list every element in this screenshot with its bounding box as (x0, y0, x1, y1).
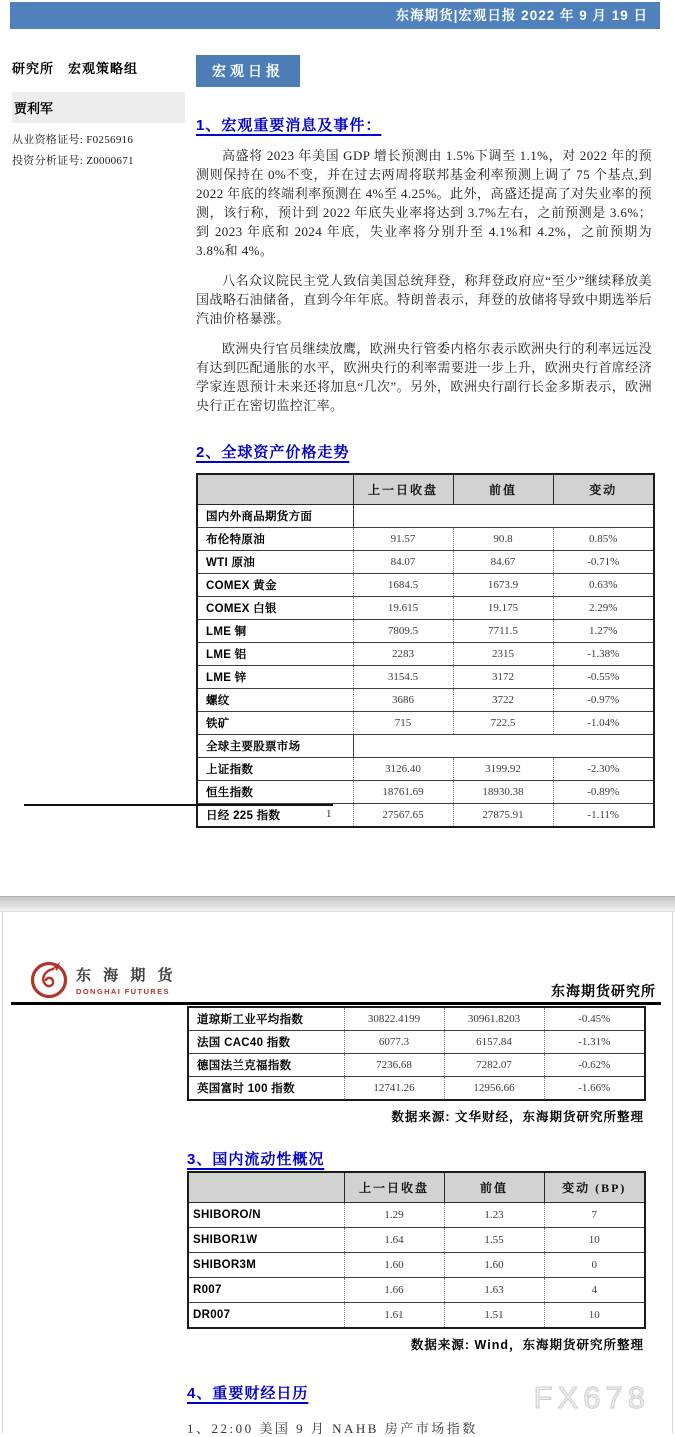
table-row: COMEX 白银19.61519.1752.29% (197, 597, 654, 620)
news-paragraph: 高盛将 2023 年美国 GDP 增长预测由 1.5%下调至 1.1%，对 20… (196, 146, 652, 260)
table-row: 全球主要股票市场 (197, 735, 654, 758)
table-row: R0071.661.634 (188, 1278, 645, 1303)
row-change: -0.97% (553, 689, 654, 712)
table-section-spacer (353, 505, 654, 528)
row-previous-value: 3172 (453, 666, 553, 689)
page-separator (0, 896, 675, 912)
row-last-close: 3686 (353, 689, 453, 712)
row-change: 0 (544, 1253, 645, 1278)
page-number: 1 (326, 808, 332, 820)
table-section-label: 全球主要股票市场 (197, 735, 353, 758)
column-header-last-close: 上一日收盘 (353, 474, 453, 505)
report-page-2: 东 海 期 货 DONGHAI FUTURES 东海期货研究所 道琼斯工业平均指… (2, 912, 673, 1433)
row-last-close: 12741.26 (344, 1077, 444, 1101)
column-header-previous: 前值 (453, 474, 553, 505)
section3-title: 3、国内流动性概况 (187, 1151, 324, 1168)
table-row: 恒生指数18761.6918930.38-0.89% (197, 781, 654, 804)
investment-cert-number: 投资分析证号: Z0000671 (12, 151, 185, 172)
analyst-certificates: 从业资格证号: F0256916 投资分析证号: Z0000671 (12, 130, 185, 173)
row-previous-value: 12956.66 (444, 1077, 544, 1101)
page2-main-column: 道琼斯工业平均指数30822.419930961.8203-0.45%法国 CA… (187, 1004, 645, 1433)
row-last-close: 30822.4199 (344, 1007, 444, 1031)
row-label: COMEX 白银 (197, 597, 353, 620)
report-type-badge: 宏观日报 (196, 55, 300, 87)
row-change: 1.27% (553, 620, 654, 643)
author-sidebar: 研究所 宏观策略组 贾利军 从业资格证号: F0256916 投资分析证号: Z… (12, 58, 185, 173)
row-last-close: 19.615 (353, 597, 453, 620)
row-label: SHIBOR3M (188, 1253, 344, 1278)
news-paragraph: 欧洲央行官员继续放鹰，欧洲央行管委内格尔表示欧洲央行的利率远远没有达到匹配通胀的… (196, 339, 652, 415)
research-team-label: 研究所 宏观策略组 (12, 58, 185, 77)
row-previous-value: 3199.92 (453, 758, 553, 781)
calendar-item: 1、22:00 美国 9 月 NAHB 房产市场指数 (187, 1418, 645, 1434)
row-change: 10 (544, 1228, 645, 1253)
row-change: -0.71% (553, 551, 654, 574)
section2-title: 2、全球资产价格走势 (196, 444, 349, 461)
row-change: -0.62% (544, 1054, 645, 1077)
row-last-close: 1.66 (344, 1278, 444, 1303)
row-previous-value: 27875.91 (453, 804, 553, 828)
row-previous-value: 90.8 (453, 528, 553, 551)
row-label: 上证指数 (197, 758, 353, 781)
table-row: 上证指数3126.403199.92-2.30% (197, 758, 654, 781)
row-label: SHIBORO/N (188, 1203, 344, 1228)
table-row: LME 锌3154.53172-0.55% (197, 666, 654, 689)
row-last-close: 3154.5 (353, 666, 453, 689)
row-previous-value: 1.23 (444, 1203, 544, 1228)
analyst-name: 贾利军 (12, 92, 185, 123)
section4-title: 4、重要财经日历 (187, 1385, 308, 1402)
row-last-close: 84.07 (353, 551, 453, 574)
table-row: 法国 CAC40 指数6077.36157.84-1.31% (188, 1031, 645, 1054)
table-row: 德国法兰克福指数7236.687282.07-0.62% (188, 1054, 645, 1077)
table-row: 螺纹36863722-0.97% (197, 689, 654, 712)
table-row: 铁矿715722.5-1.04% (197, 712, 654, 735)
row-change: -0.89% (553, 781, 654, 804)
row-label: 恒生指数 (197, 781, 353, 804)
table-row: LME 铝22832315-1.38% (197, 643, 654, 666)
table-row: SHIBORO/N1.291.237 (188, 1203, 645, 1228)
header-bar-title: 东海期货|宏观日报 2022 年 9 月 19 日 (396, 8, 648, 23)
row-change: -1.11% (553, 804, 654, 828)
row-last-close: 2283 (353, 643, 453, 666)
row-last-close: 1.64 (344, 1228, 444, 1253)
row-label: 英国富时 100 指数 (188, 1077, 344, 1101)
row-last-close: 1684.5 (353, 574, 453, 597)
row-previous-value: 84.67 (453, 551, 553, 574)
donghai-futures-logo-icon (29, 959, 69, 1001)
practice-cert-number: 从业资格证号: F0256916 (12, 130, 185, 151)
table-row: 道琼斯工业平均指数30822.419930961.8203-0.45% (188, 1007, 645, 1031)
row-label: WTI 原油 (197, 551, 353, 574)
row-label: COMEX 黄金 (197, 574, 353, 597)
table-row: 布伦特原油91.5790.80.85% (197, 528, 654, 551)
table-section-spacer (353, 735, 654, 758)
table-row: SHIBOR3M1.601.600 (188, 1253, 645, 1278)
row-label: R007 (188, 1278, 344, 1303)
row-change: -1.38% (553, 643, 654, 666)
institute-name: 东海期货研究所 (551, 981, 656, 1001)
brand-header: 东 海 期 货 DONGHAI FUTURES (29, 959, 177, 1001)
global-asset-price-table-continued: 道琼斯工业平均指数30822.419930961.8203-0.45%法国 CA… (187, 1006, 646, 1101)
row-last-close: 6077.3 (344, 1031, 444, 1054)
report-page-1: 东海期货|宏观日报 2022 年 9 月 19 日 研究所 宏观策略组 贾利军 … (0, 0, 675, 896)
table-row: LME 铜7809.57711.51.27% (197, 620, 654, 643)
row-previous-value: 1673.9 (453, 574, 553, 597)
table-row: WTI 原油84.0784.67-0.71% (197, 551, 654, 574)
table-section-label: 国内外商品期货方面 (197, 505, 353, 528)
row-last-close: 715 (353, 712, 453, 735)
row-previous-value: 19.175 (453, 597, 553, 620)
row-last-close: 18761.69 (353, 781, 453, 804)
row-previous-value: 1.63 (444, 1278, 544, 1303)
row-last-close: 91.57 (353, 528, 453, 551)
table-row: 国内外商品期货方面 (197, 505, 654, 528)
footnote-divider (24, 804, 333, 806)
row-last-close: 27567.65 (353, 804, 453, 828)
global-asset-price-table: 上一日收盘 前值 变动 国内外商品期货方面布伦特原油91.5790.80.85%… (196, 473, 655, 828)
table-row: DR0071.611.5110 (188, 1303, 645, 1328)
row-change: 0.63% (553, 574, 654, 597)
table-header-row: 上一日收盘 前值 变动 (BP) (188, 1172, 645, 1203)
row-last-close: 7809.5 (353, 620, 453, 643)
row-last-close: 3126.40 (353, 758, 453, 781)
column-header-blank (188, 1172, 344, 1203)
row-label: 法国 CAC40 指数 (188, 1031, 344, 1054)
column-header-previous: 前值 (444, 1172, 544, 1203)
row-previous-value: 1.60 (444, 1253, 544, 1278)
row-last-close: 1.60 (344, 1253, 444, 1278)
row-last-close: 7236.68 (344, 1054, 444, 1077)
row-change: 7 (544, 1203, 645, 1228)
row-label: 螺纹 (197, 689, 353, 712)
row-change: -1.04% (553, 712, 654, 735)
row-label: 布伦特原油 (197, 528, 353, 551)
row-previous-value: 2315 (453, 643, 553, 666)
column-header-change: 变动 (553, 474, 654, 505)
row-change: -1.31% (544, 1031, 645, 1054)
row-previous-value: 6157.84 (444, 1031, 544, 1054)
row-change: 2.29% (553, 597, 654, 620)
table-row: COMEX 黄金1684.51673.90.63% (197, 574, 654, 597)
news-paragraph: 八名众议院民主党人致信美国总统拜登，称拜登政府应“至少”继续释放美国战略石油储备… (196, 271, 652, 328)
row-previous-value: 7282.07 (444, 1054, 544, 1077)
row-previous-value: 7711.5 (453, 620, 553, 643)
row-label: DR007 (188, 1303, 344, 1328)
column-header-blank (197, 474, 353, 505)
document-header-bar: 东海期货|宏观日报 2022 年 9 月 19 日 (10, 2, 660, 29)
row-previous-value: 3722 (453, 689, 553, 712)
row-label: SHIBOR1W (188, 1228, 344, 1253)
row-label: 道琼斯工业平均指数 (188, 1007, 344, 1031)
row-previous-value: 30961.8203 (444, 1007, 544, 1031)
page1-main-column: 宏观日报 1、宏观重要消息及事件： 高盛将 2023 年美国 GDP 增长预测由… (196, 55, 652, 828)
row-label: 铁矿 (197, 712, 353, 735)
data-source-note: 数据来源: 文华财经，东海期货研究所整理 (187, 1107, 644, 1125)
row-change: -1.66% (544, 1077, 645, 1101)
row-label: 德国法兰克福指数 (188, 1054, 344, 1077)
brand-name-chinese: 东 海 期 货 (76, 964, 177, 985)
table-header-row: 上一日收盘 前值 变动 (197, 474, 654, 505)
fx678-watermark: FX678 (534, 1380, 650, 1416)
row-change: 10 (544, 1303, 645, 1328)
row-label: LME 铝 (197, 643, 353, 666)
row-previous-value: 722.5 (453, 712, 553, 735)
column-header-change-bp: 变动 (BP) (544, 1172, 645, 1203)
row-label: LME 锌 (197, 666, 353, 689)
row-label: LME 铜 (197, 620, 353, 643)
table-row: SHIBOR1W1.641.5510 (188, 1228, 645, 1253)
row-change: -0.45% (544, 1007, 645, 1031)
section1-title: 1、宏观重要消息及事件： (196, 117, 381, 134)
row-previous-value: 1.55 (444, 1228, 544, 1253)
row-change: -0.55% (553, 666, 654, 689)
row-previous-value: 1.51 (444, 1303, 544, 1328)
column-header-last-close: 上一日收盘 (344, 1172, 444, 1203)
row-previous-value: 18930.38 (453, 781, 553, 804)
row-change: -2.30% (553, 758, 654, 781)
brand-name-english: DONGHAI FUTURES (76, 987, 177, 996)
brand-wordmark: 东 海 期 货 DONGHAI FUTURES (76, 964, 177, 996)
data-source-note: 数据来源: Wind，东海期货研究所整理 (187, 1335, 644, 1353)
table-row: 日经 225 指数27567.6527875.91-1.11% (197, 804, 654, 828)
table-row: 英国富时 100 指数12741.2612956.66-1.66% (188, 1077, 645, 1101)
row-last-close: 1.29 (344, 1203, 444, 1228)
row-last-close: 1.61 (344, 1303, 444, 1328)
row-change: 0.85% (553, 528, 654, 551)
domestic-liquidity-table: 上一日收盘 前值 变动 (BP) SHIBORO/N1.291.237SHIBO… (187, 1171, 646, 1329)
row-change: 4 (544, 1278, 645, 1303)
